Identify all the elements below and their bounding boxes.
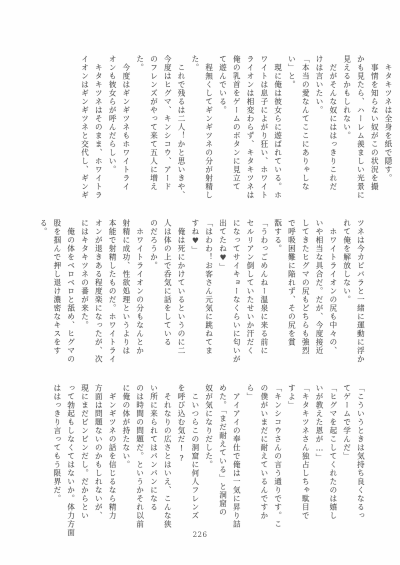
text-column: イオンはギンギツネと交代し、ギンギ xyxy=(75,55,89,197)
text-column: てゲームで学んだ」 xyxy=(337,384,351,538)
text-column: い」と。 xyxy=(282,55,296,197)
text-column: 人は体の上で呑気に話をしている xyxy=(157,219,171,377)
text-column: のフレンズがやって来て五人に増え xyxy=(144,55,158,197)
text-column: オンが退きある程度楽になったが、次 xyxy=(88,219,102,377)
text-column: 俺の乳首をゲームのボタンに見立て xyxy=(226,55,240,197)
text-column: 本能で射精したものだ。ホワイトライ xyxy=(102,219,116,377)
text-column: 程無くしてギンギツネの分が射精し xyxy=(199,55,213,197)
text-column: 「キタキツネさん独占しちゃ駄目で xyxy=(295,384,309,538)
text-column: ギンギツネの話を信じるなら精力 xyxy=(102,384,116,538)
text-column: それなりの広さとはいえ、こんな狭 xyxy=(157,384,171,538)
text-column: を呼び込む気だ!? xyxy=(171,384,185,538)
text-column: オンも彼女らが呼んだらしい。 xyxy=(102,55,116,197)
text-column: ははっきり言ってもう限界だ。 xyxy=(47,384,61,538)
text-column: ホワイトライオンの尻も中々の、 xyxy=(323,219,337,377)
text-column xyxy=(378,219,392,377)
text-column: すね♥」 xyxy=(185,219,199,377)
text-column xyxy=(61,55,75,197)
text-column: 現にまだビンビンだし。だからとい xyxy=(75,384,89,538)
text-column: けは言いたい。 xyxy=(309,55,323,197)
text-column: ホワイトライオンの分もなんとか xyxy=(130,219,144,377)
text-column: 方面は問題ないのかもしれないが、 xyxy=(88,384,102,538)
text-column: 今度はヒグマ、キンシコウ、アード xyxy=(157,55,171,197)
novel-page: キタキツネは全身を紙で隠す。 事情を知らない奴がこの状況を撮かも見たら、ハーレム… xyxy=(0,0,400,565)
text-column: 「うわっごめんねー温泉に来る前に xyxy=(254,219,268,377)
text-column: の僕がいまだに耐えているんですか xyxy=(254,384,268,538)
text-column: 俺は死にかけているというのに二 xyxy=(171,219,185,377)
text-column: い所に来られてはパンパンになる xyxy=(144,384,158,538)
text-column: 俺の体をベロベロと舐め、ヒグマの xyxy=(61,219,75,377)
text-column: に俺の体が持たない。 xyxy=(116,384,130,538)
text-column: 「はわわ！お客さん元気に跳ねてま xyxy=(199,219,213,377)
text-column: だがそんな奴にははっきりこれだ xyxy=(323,55,337,197)
text-column: めた。「まだ耐えている」と洞窟の xyxy=(213,384,227,538)
text-column: た。 xyxy=(130,55,144,197)
text-column: 「キンシコウさんの言う通りです。こ xyxy=(268,384,282,538)
text-column: 射精に成功、性欲処理というよりは xyxy=(116,219,130,377)
text-column: た。 xyxy=(185,55,199,197)
text-column xyxy=(364,219,378,377)
text-column: て遊んでいる。 xyxy=(213,55,227,197)
text-column: すよ」 xyxy=(282,384,296,538)
text-column: 事情を知らない奴がこの状況を撮 xyxy=(364,55,378,197)
text-column xyxy=(378,384,392,538)
text-column: 翫する。 xyxy=(268,219,282,377)
text-column: 見えるかもしれない。 xyxy=(337,55,351,197)
text-column: こいつらこの洞窟に何人フレンズ xyxy=(185,384,199,538)
text-column: のは時間の問題だ。というかそれ以前 xyxy=(130,384,144,538)
text-column: のだろうか。 xyxy=(144,219,158,377)
text-column: 「本当の愛なんてここにありゃしな xyxy=(295,55,309,197)
text-column: セルリアン倒していたせいか汗だく xyxy=(240,219,254,377)
text-column: 奴が気になりだした。 xyxy=(199,384,213,538)
text-column: 「ヒグマを起こしてくれたのは嬉し xyxy=(323,384,337,538)
text-column: してきたヒグマの尻もどちらも強烈 xyxy=(295,219,309,377)
text-column: 股を掴んで押し退け濃密なキスをす xyxy=(47,219,61,377)
text-column: キタキツネは全身を紙で隠す。 xyxy=(378,55,392,197)
text-band-bottom: 「こういうときは気持ち良くなるってゲームで学んだ」「ヒグマを起こしてくれたのは嬉… xyxy=(18,384,392,538)
text-column: 「こういうときは気持ち良くなるっ xyxy=(351,384,365,538)
text-column: で呼吸困難に陥れず、その尻を賞 xyxy=(282,219,296,377)
text-column: って勃起もしなくてはないか。体力方面 xyxy=(61,384,75,538)
page-number: 226 xyxy=(0,531,400,539)
text-column: ら」 xyxy=(240,384,254,538)
text-column: る。 xyxy=(33,219,47,377)
text-column: これで残るは二人！かと思いきや、 xyxy=(171,55,185,197)
text-column: れて俺を解放しない。 xyxy=(337,219,351,377)
text-column: ワイトは息子によがり狂い、ホワイト xyxy=(254,55,268,197)
text-band-middle: ツネは今カピバラと一緒に運動に浮かれて俺を解放しない。 ホワイトライオンの尻も中… xyxy=(18,219,392,377)
text-column: かも見たら、ハーレム羨ましい光景に xyxy=(351,55,365,197)
text-column: いが教えた恩が…」 xyxy=(309,384,323,538)
text-column: ツネは今カピバラと一緒に運動に浮か xyxy=(351,219,365,377)
text-column: になってサイキョーなくらいに匂いが xyxy=(226,219,240,377)
text-column: アイアイの奉仕で俺は一気に昇り詰 xyxy=(226,384,240,538)
text-column: ライオンは相変わらず、キタキツネは xyxy=(240,55,254,197)
text-column: 現に俺は彼女らに遊ばれている。ホ xyxy=(268,55,282,197)
text-column: キタキツネはそのまま、ホワイトラ xyxy=(88,55,102,197)
text-band-top: キタキツネは全身を紙で隠す。 事情を知らない奴がこの状況を撮かも見たら、ハーレム… xyxy=(18,55,392,197)
text-column: いや相当な具合だ。だが、今度接近 xyxy=(309,219,323,377)
text-column: 出てたね♥」 xyxy=(213,219,227,377)
text-column: にはキタキツネの番が来た。 xyxy=(75,219,89,377)
text-column xyxy=(364,384,378,538)
text-column: 今度はギンギツネもホワイトライ xyxy=(116,55,130,197)
